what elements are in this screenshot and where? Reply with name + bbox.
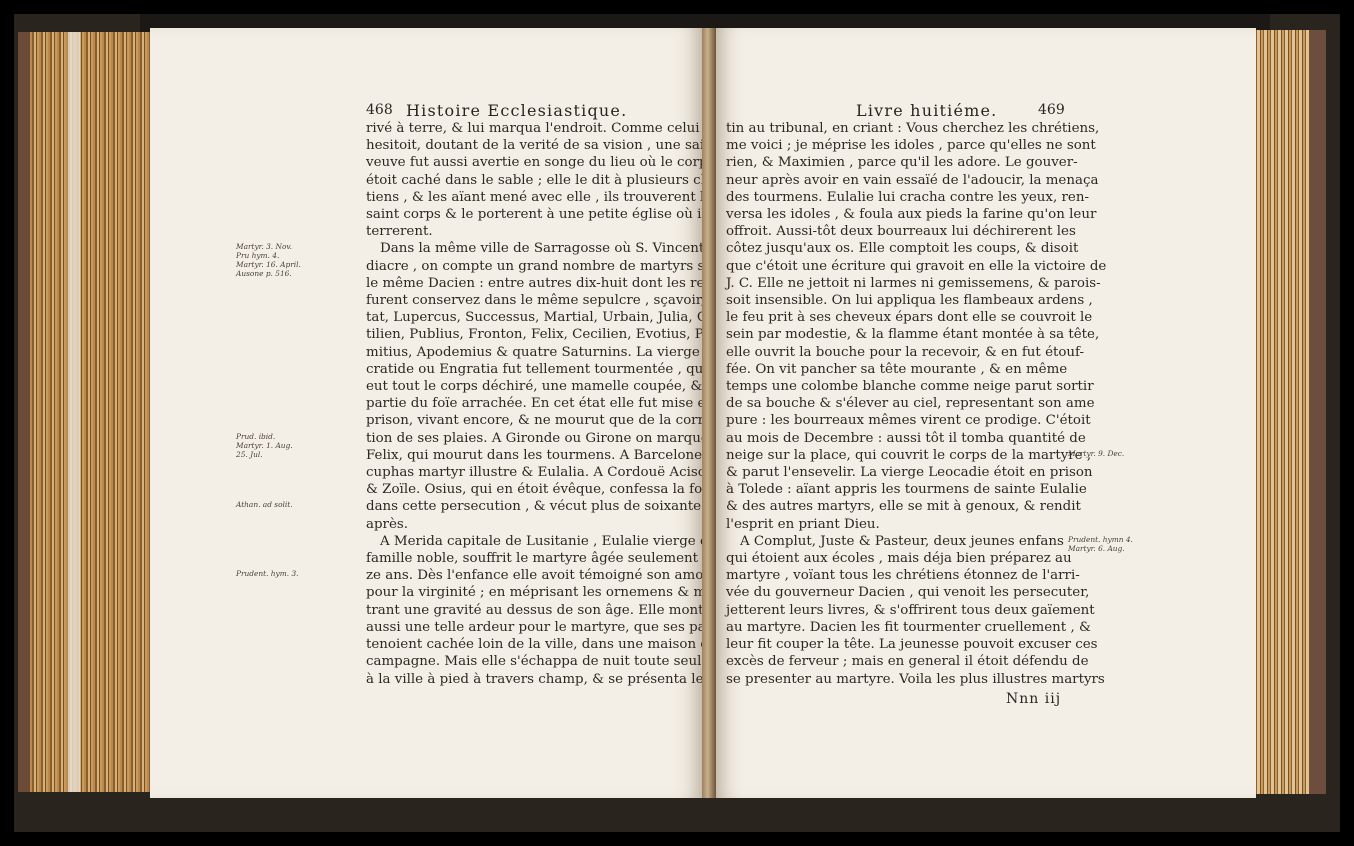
text-line: le feu prit à ses cheveux épars dont ell…	[726, 309, 1060, 326]
text-line: eut tout le corps déchiré, une mamelle c…	[366, 378, 700, 395]
page-number: 469	[1038, 102, 1065, 118]
text-line: neur après avoir en vain essaïé de l'ado…	[726, 172, 1060, 189]
text-line: rien, & Maximien , parce qu'il les adore…	[726, 154, 1060, 171]
text-line: sein par modestie, & la flamme étant mon…	[726, 326, 1060, 343]
margin-note-line: Martyr. 9. Dec.	[1068, 449, 1124, 458]
right-page: Livre huitiéme. 469 tin au tribunal, en …	[716, 28, 1256, 798]
text-line: dans cette persecution , & vécut plus de…	[366, 498, 700, 515]
text-line: au martyre. Dacien les fit tourmenter cr…	[726, 619, 1060, 636]
text-line: vée du gouverneur Dacien , qui venoit le…	[726, 584, 1060, 601]
text-line: versa les idoles , & foula aux pieds la …	[726, 206, 1060, 223]
text-line: étoit caché dans le sable ; elle le dit …	[366, 172, 700, 189]
text-line: partie du foïe arrachée. En cet état ell…	[366, 395, 700, 412]
text-line: fée. On vit pancher sa tête mourante , &…	[726, 361, 1060, 378]
text-line: Dans la même ville de Sarragosse où S. V…	[366, 240, 700, 257]
text-line: tion de ses plaies. A Gironde ou Girone …	[366, 430, 700, 447]
text-line: rivé à terre, & lui marqua l'endroit. Co…	[366, 120, 700, 137]
text-line: martyre , voïant tous les chrétiens éton…	[726, 567, 1060, 584]
text-line: A Complut, Juste & Pasteur, deux jeunes …	[726, 533, 1060, 550]
text-line: tenoient cachée loin de la ville, dans u…	[366, 636, 700, 653]
right-fore-edge	[1254, 30, 1326, 794]
text-line: tiens , & les aïant mené avec elle , ils…	[366, 189, 700, 206]
body-text: rivé à terre, & lui marqua l'endroit. Co…	[366, 120, 700, 688]
margin-note: Prudent. hymn 4.Martyr. 6. Aug.	[1068, 535, 1133, 553]
margin-note-line: Martyr. 16. April.	[236, 260, 301, 269]
text-line: & parut l'ensevelir. La vierge Leocadie …	[726, 464, 1060, 481]
running-head: Histoire Ecclesiastique.	[406, 101, 627, 120]
text-line: au mois de Decembre : aussi tôt il tomba…	[726, 430, 1060, 447]
text-line: côtez jusqu'aux os. Elle comptoit les co…	[726, 240, 1060, 257]
margin-note-line: Ausone p. 516.	[236, 269, 301, 278]
margin-note: Prud. ibid.Martyr. 1. Aug.25. Jul.	[236, 432, 293, 459]
text-line: pure : les bourreaux mêmes virent ce pro…	[726, 412, 1060, 429]
page-number: 468	[366, 102, 393, 118]
text-line: cuphas martyr illustre & Eulalia. A Cord…	[366, 464, 700, 481]
margin-note: Athan. ad solit.	[236, 500, 293, 509]
text-line: après.	[366, 516, 700, 533]
left-page: 468 Histoire Ecclesiastique. rivé à terr…	[150, 28, 702, 798]
text-line: neige sur la place, qui couvrit le corps…	[726, 447, 1060, 464]
text-line: que c'étoit une écriture qui gravoit en …	[726, 258, 1060, 275]
text-line: terrerent.	[366, 223, 700, 240]
text-line: saint corps & le porterent à une petite …	[366, 206, 700, 223]
text-line: furent conservez dans le même sepulcre ,…	[366, 292, 700, 309]
margin-note: Prudent. hym. 3.	[236, 569, 299, 578]
text-line: excès de ferveur ; mais en general il ét…	[726, 653, 1060, 670]
text-line: elle ouvrit la bouche pour la recevoir, …	[726, 344, 1060, 361]
text-line: famille noble, souffrit le martyre âgée …	[366, 550, 700, 567]
text-line: J. C. Elle ne jettoit ni larmes ni gemis…	[726, 275, 1060, 292]
text-line: hesitoit, doutant de la verité de sa vis…	[366, 137, 700, 154]
text-line: pour la virginité ; en méprisant les orn…	[366, 584, 700, 601]
text-line: se presenter au martyre. Voila les plus …	[726, 671, 1060, 688]
margin-note-line: Prudent. hym. 3.	[236, 569, 299, 578]
text-line: tin au tribunal, en criant : Vous cherch…	[726, 120, 1060, 137]
margin-note-line: Martyr. 1. Aug.	[236, 441, 293, 450]
text-line: le même Dacien : entre autres dix-huit d…	[366, 275, 700, 292]
text-line: des tourmens. Eulalie lui cracha contre …	[726, 189, 1060, 206]
text-line: de sa bouche & s'élever au ciel, represe…	[726, 395, 1060, 412]
text-line: tilien, Publius, Fronton, Felix, Cecilie…	[366, 326, 700, 343]
margin-note-line: Athan. ad solit.	[236, 500, 293, 509]
running-head: Livre huitiéme.	[856, 101, 997, 120]
text-line: jetterent leurs livres, & s'offrirent to…	[726, 602, 1060, 619]
text-line: prison, vivant encore, & ne mourut que d…	[366, 412, 700, 429]
body-text: tin au tribunal, en criant : Vous cherch…	[726, 120, 1060, 688]
text-line: & Zoïle. Osius, qui en étoit évêque, con…	[366, 481, 700, 498]
page-edge-strip	[68, 32, 80, 792]
margin-note-line: Martyr. 6. Aug.	[1068, 544, 1133, 553]
text-line: offroit. Aussi-tôt deux bourreaux lui dé…	[726, 223, 1060, 240]
signature-mark: Nnn iij	[1006, 691, 1061, 707]
text-line: à Tolede : aïant appris les tourmens de …	[726, 481, 1060, 498]
text-line: l'esprit en priant Dieu.	[726, 516, 1060, 533]
text-line: leur fit couper la tête. La jeunesse pou…	[726, 636, 1060, 653]
text-line: temps une colombe blanche comme neige pa…	[726, 378, 1060, 395]
text-line: tat, Lupercus, Successus, Martial, Urbai…	[366, 309, 700, 326]
text-line: veuve fut aussi avertie en songe du lieu…	[366, 154, 700, 171]
text-line: aussi une telle ardeur pour le martyre, …	[366, 619, 700, 636]
book-gutter	[702, 28, 716, 798]
text-line: diacre , on compte un grand nombre de ma…	[366, 258, 700, 275]
text-line: mitius, Apodemius & quatre Saturnins. La…	[366, 344, 700, 361]
text-line: campagne. Mais elle s'échappa de nuit to…	[366, 653, 700, 670]
margin-note: Martyr. 3. Nov.Pru hym. 4.Martyr. 16. Ap…	[236, 242, 301, 278]
text-line: qui étoient aux écoles , mais déja bien …	[726, 550, 1060, 567]
text-line: & des autres martyrs, elle se mit à geno…	[726, 498, 1060, 515]
text-line: à la ville à pied à travers champ, & se …	[366, 671, 700, 688]
margin-note-line: Martyr. 3. Nov.	[236, 242, 301, 251]
text-line: trant une gravité au dessus de son âge. …	[366, 602, 700, 619]
text-line: me voici ; je méprise les idoles , parce…	[726, 137, 1060, 154]
text-line: Felix, qui mourut dans les tourmens. A B…	[366, 447, 700, 464]
text-line: A Merida capitale de Lusitanie , Eulalie…	[366, 533, 700, 550]
margin-note-line: 25. Jul.	[236, 450, 293, 459]
text-line: cratide ou Engratia fut tellement tourme…	[366, 361, 700, 378]
margin-note: Martyr. 9. Dec.	[1068, 449, 1124, 458]
margin-note-line: Prud. ibid.	[236, 432, 293, 441]
text-line: ze ans. Dès l'enfance elle avoit témoign…	[366, 567, 700, 584]
text-line: soit insensible. On lui appliqua les fla…	[726, 292, 1060, 309]
margin-note-line: Pru hym. 4.	[236, 251, 301, 260]
margin-note-line: Prudent. hymn 4.	[1068, 535, 1133, 544]
left-fore-edge	[18, 32, 162, 792]
